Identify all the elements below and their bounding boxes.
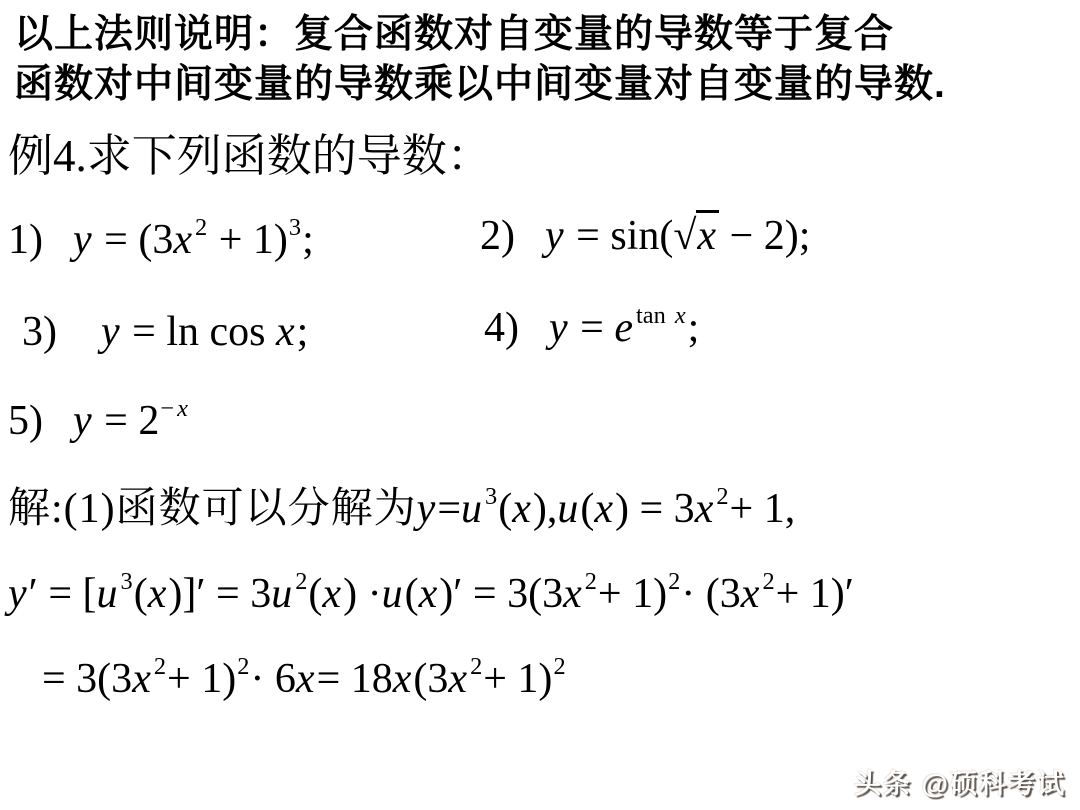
solution-line-2: y′ = [u3(x)]′ = 3u2(x) · u(x)′ = 3(3x2 +… bbox=[8, 566, 854, 628]
problem-5: 5) y = 2−x bbox=[8, 393, 190, 455]
watermark: 头条 @硕科考试 bbox=[854, 762, 1066, 801]
problem-1-label: 1) bbox=[8, 212, 43, 268]
problem-3-label: 3) bbox=[22, 304, 57, 360]
rule-statement: 以上法则说明：复合函数对自变量的导数等于复合 函数对中间变量的导数乘以中间变量对… bbox=[14, 10, 1034, 110]
problem-2: 2) y = sin(√x − 2); bbox=[480, 208, 810, 264]
problem-4-formula: y = etan x; bbox=[549, 300, 699, 362]
problem-2-label: 2) bbox=[480, 208, 515, 264]
rule-statement-line1: 以上法则说明：复合函数对自变量的导数等于复合 bbox=[14, 10, 1034, 60]
solution-line-1: 解:(1)函数可以分解为y = u3(x),u(x) = 3x2 + 1, bbox=[8, 481, 795, 543]
problem-2-formula: y = sin(√x − 2); bbox=[545, 208, 810, 264]
problem-4-label: 4) bbox=[484, 300, 519, 356]
problem-1: 1) y = (3x2 + 1)3; bbox=[8, 212, 314, 274]
problem-5-label: 5) bbox=[8, 393, 43, 449]
example-heading: 例4.求下列函数的导数： bbox=[8, 128, 492, 184]
problem-1-formula: y = (3x2 + 1)3; bbox=[73, 212, 314, 274]
problem-3: 3) y = ln cos x; bbox=[22, 304, 308, 360]
problem-5-formula: y = 2−x bbox=[73, 393, 190, 455]
slide-background: 以上法则说明：复合函数对自变量的导数等于复合 函数对中间变量的导数乘以中间变量对… bbox=[0, 0, 1080, 810]
solution-line-3: = 3(3x2 + 1)2 · 6x = 18x(3x2 + 1)2 bbox=[42, 651, 567, 713]
problem-3-formula: y = ln cos x; bbox=[101, 304, 308, 360]
problem-4: 4) y = etan x; bbox=[484, 300, 699, 362]
rule-statement-line2: 函数对中间变量的导数乘以中间变量对自变量的导数. bbox=[14, 60, 1034, 110]
